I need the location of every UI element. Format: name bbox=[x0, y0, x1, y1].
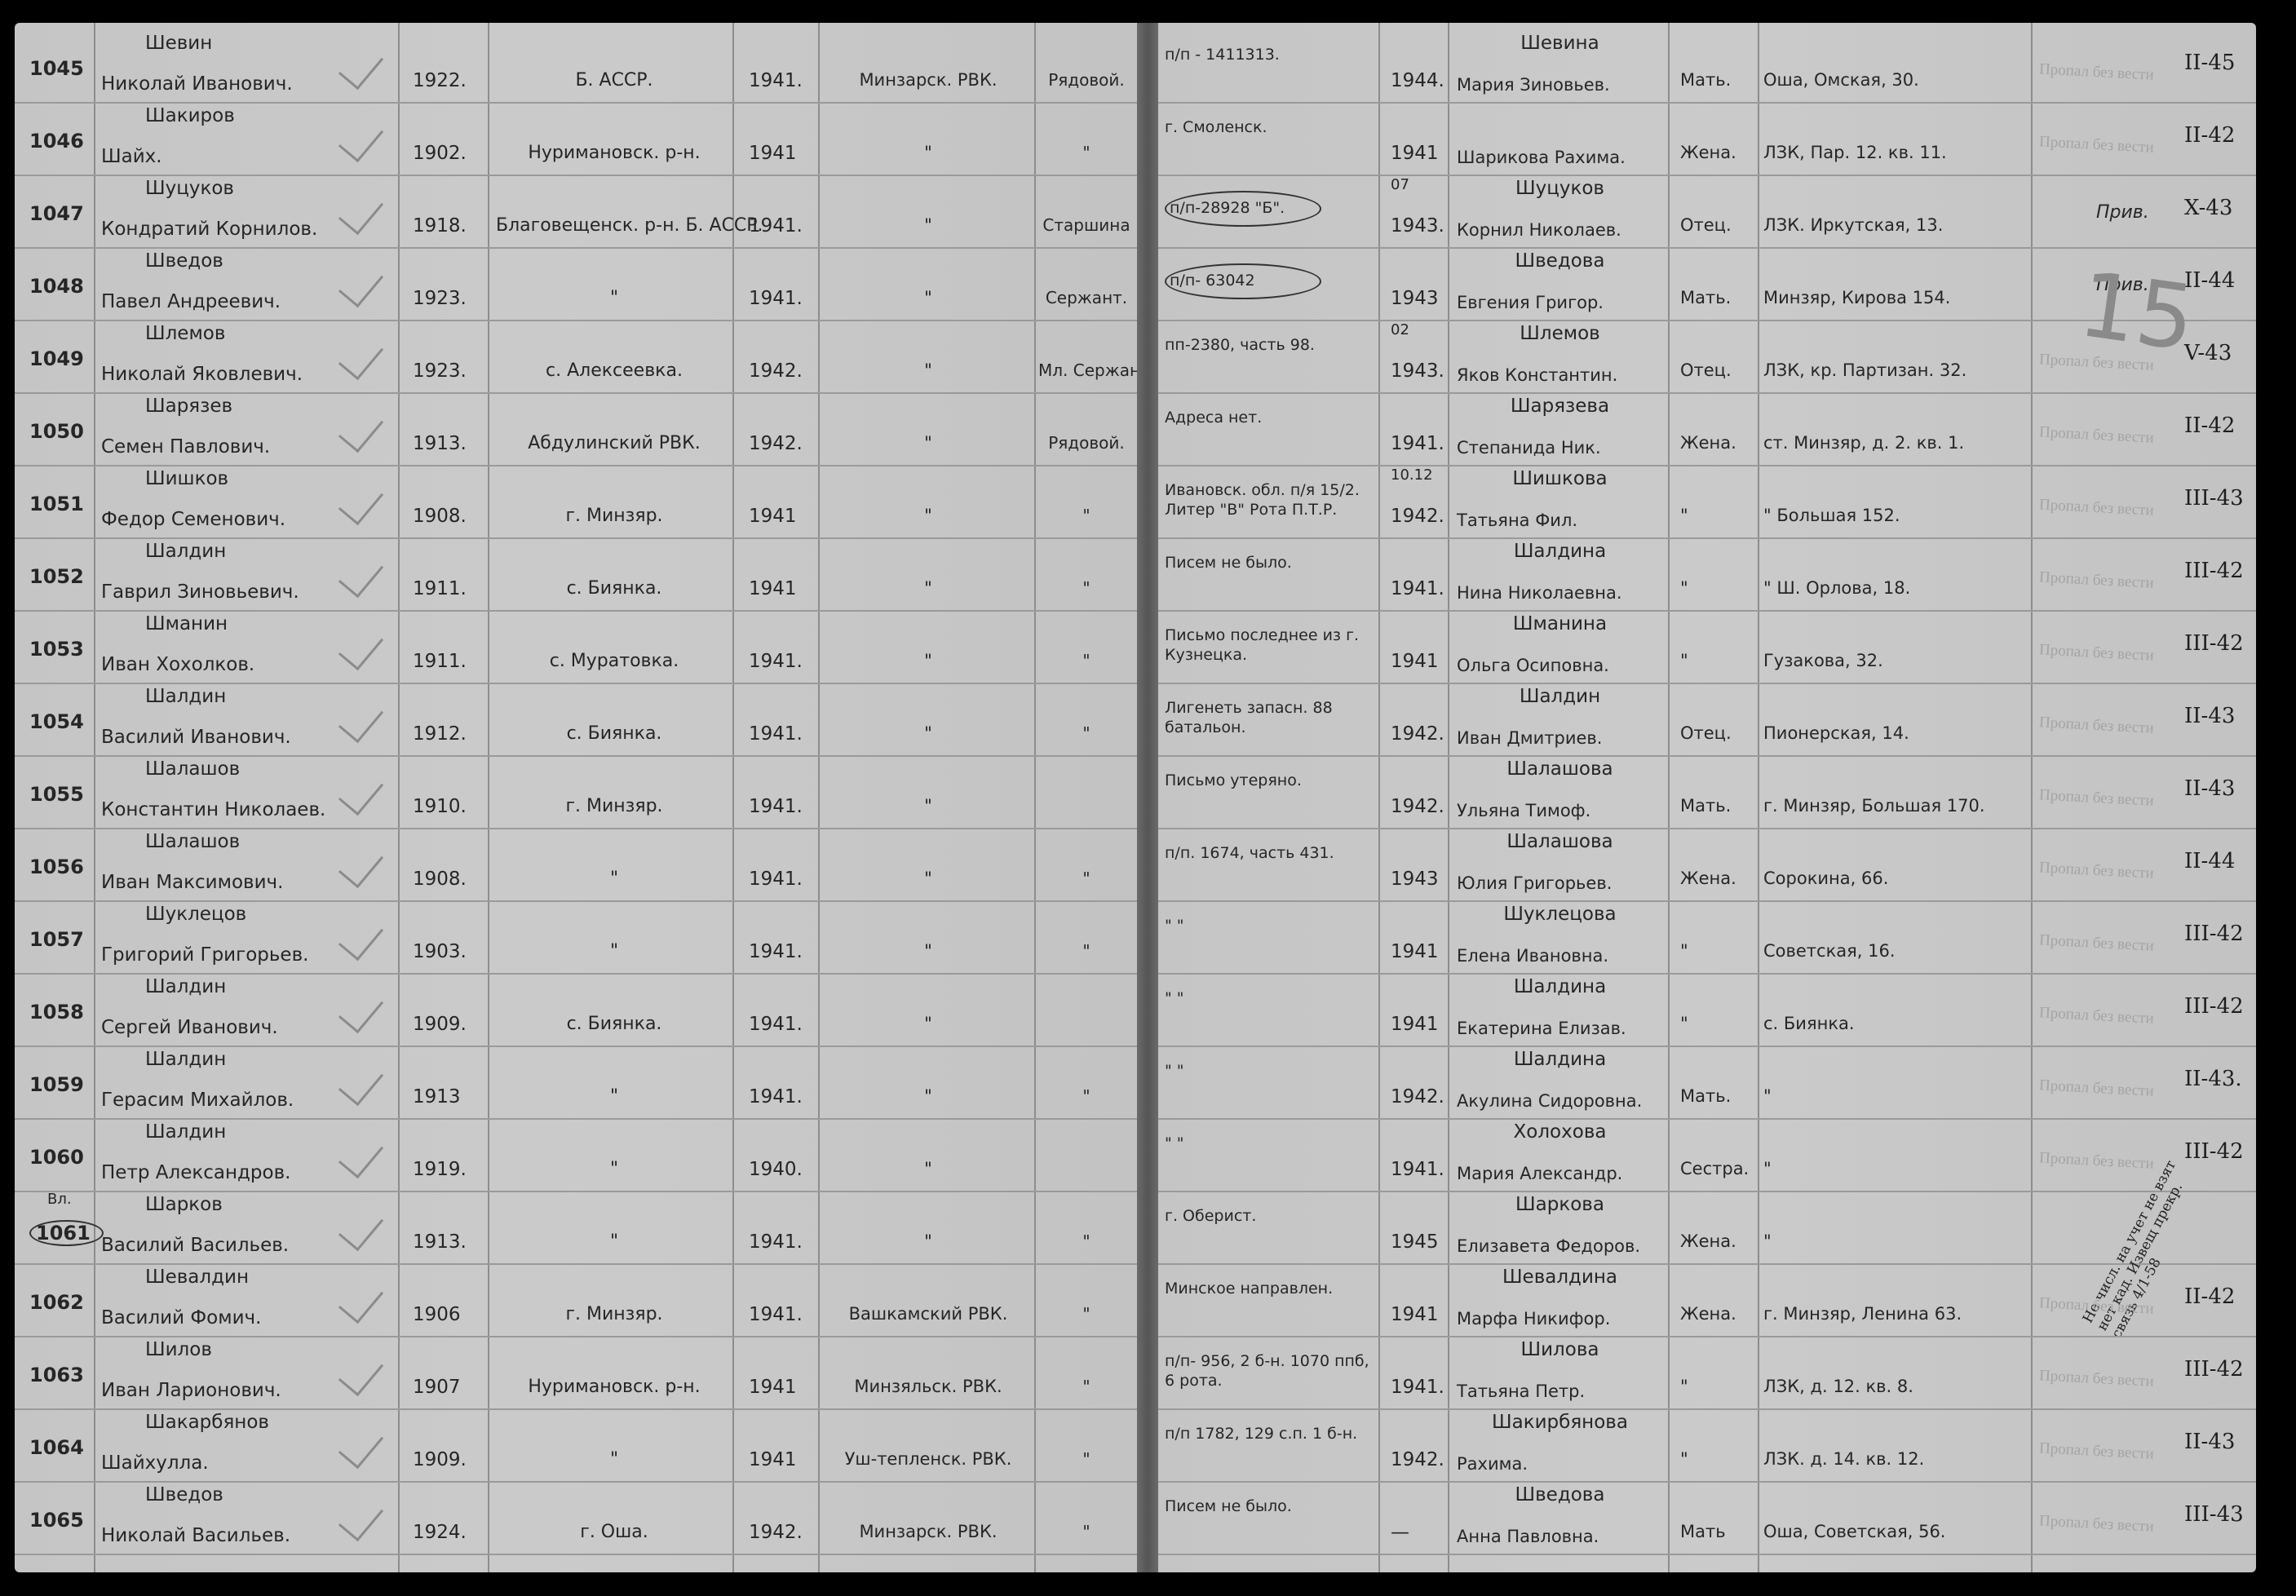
relative-given-names: Нина Николаевна. bbox=[1457, 585, 1668, 602]
table-row: Письмо утеряно.1942.ШалашоваУльяна Тимоф… bbox=[1158, 755, 2256, 829]
table-row: п/п 1782, 129 с.п. 1 б-н.1942.Шакирбянов… bbox=[1158, 1408, 2256, 1483]
last-letter-year: 1941. bbox=[1391, 435, 1448, 453]
relative-surname: Шалдина bbox=[1452, 542, 1668, 561]
birth-year: 1923. bbox=[413, 290, 486, 308]
family-address: ЛЗК. Иркутская, 13. bbox=[1763, 217, 2033, 234]
call-up-year: 1941. bbox=[749, 72, 814, 91]
relative-name: ШакирбяноваРахима. bbox=[1452, 1408, 1668, 1481]
call-up-year: 1941. bbox=[749, 943, 814, 962]
last-address: Писем не было. bbox=[1165, 1497, 1375, 1517]
birthplace: Благовещенск. р-н. Б. АССР. bbox=[496, 217, 732, 235]
last-letter-year: 1941 bbox=[1391, 943, 1448, 962]
missing-in-action-stamp: Пропал без вести bbox=[2039, 1004, 2155, 1028]
family-address: г. Минзяр, Ленина 63. bbox=[1763, 1306, 2033, 1323]
relation: Отец. bbox=[1680, 217, 1758, 234]
birthplace: Абдулинский РВК. bbox=[496, 435, 732, 453]
relative-surname: Шведова bbox=[1452, 252, 1668, 271]
relative-surname: Шалашова bbox=[1452, 833, 1668, 851]
family-address: Оша, Советская, 56. bbox=[1763, 1523, 2033, 1541]
table-row: Письмо последнее из г. Кузнецка.1941Шман… bbox=[1158, 610, 2256, 684]
missing-in-action-stamp: Пропал без вести bbox=[2039, 568, 2155, 592]
family-address: " Ш. Орлова, 18. bbox=[1763, 580, 2033, 597]
relative-given-names: Юлия Григорьев. bbox=[1457, 875, 1668, 892]
birth-year: 1902. bbox=[413, 144, 486, 163]
call-up-year: 1942. bbox=[749, 1523, 814, 1542]
book-spine bbox=[1137, 23, 1158, 1572]
entry-number: 1062 bbox=[29, 1293, 91, 1312]
rank: " bbox=[1038, 870, 1135, 886]
rvk: " bbox=[826, 144, 1030, 161]
relative-given-names: Иван Дмитриев. bbox=[1457, 730, 1668, 747]
relation: " bbox=[1680, 1451, 1758, 1468]
relative-name: ШишковаТатьяна Фил. bbox=[1452, 465, 1668, 537]
birthplace: " bbox=[496, 290, 732, 307]
birth-year: 1912. bbox=[413, 725, 486, 744]
entry-number: 1052 bbox=[29, 567, 91, 586]
birth-year: 1924. bbox=[413, 1523, 486, 1542]
relation: Мать. bbox=[1680, 798, 1758, 815]
family-address: " Большая 152. bbox=[1763, 507, 2033, 524]
missing-in-action-stamp: Пропал без вести bbox=[2039, 786, 2155, 810]
rvk: " bbox=[826, 1088, 1030, 1105]
entry-number: 1046 bbox=[29, 131, 91, 151]
last-address: п/п- 63042 bbox=[1165, 263, 1321, 299]
relative-name: ШевалдинаМарфа Никифор. bbox=[1452, 1263, 1668, 1336]
rvk: " bbox=[826, 1015, 1030, 1032]
relative-given-names: Анна Павловна. bbox=[1457, 1528, 1668, 1545]
last-address: г. Смоленск. bbox=[1165, 118, 1375, 138]
family-address: ЛЗК, д. 12. кв. 8. bbox=[1763, 1378, 2033, 1395]
table-row: 1059ШалдинГерасим Михайлов.1913"1941."" bbox=[15, 1046, 1137, 1120]
table-row: 1058ШалдинСергей Иванович.1909.с. Биянка… bbox=[15, 973, 1137, 1047]
family-address: " bbox=[1763, 1161, 2033, 1178]
table-row: 1062ШевалдинВасилий Фомич.1906г. Минзяр.… bbox=[15, 1263, 1137, 1337]
relation: Сестра. bbox=[1680, 1161, 1758, 1178]
relative-name: ШуклецоваЕлена Ивановна. bbox=[1452, 900, 1668, 973]
last-address: Письмо последнее из г. Кузнецка. bbox=[1165, 626, 1375, 665]
table-row: г. Оберист.1945ШарковаЕлизавета Федоров.… bbox=[1158, 1191, 2256, 1265]
birthplace: " bbox=[496, 1088, 732, 1106]
relative-name: ШлемовЯков Константин. bbox=[1452, 320, 1668, 392]
missing-in-action-stamp: Пропал без вести bbox=[2039, 859, 2155, 882]
birth-year: 1908. bbox=[413, 507, 486, 526]
entry-number: 1053 bbox=[29, 639, 91, 659]
last-letter-year: 1941. bbox=[1391, 580, 1448, 599]
rvk: " bbox=[826, 652, 1030, 670]
entry-number: 1065 bbox=[29, 1510, 91, 1530]
family-address: ЛЗК, кр. Партизан. 32. bbox=[1763, 362, 2033, 379]
date-mark: II-42 bbox=[2184, 413, 2235, 438]
call-up-year: 1941 bbox=[749, 1451, 814, 1470]
table-row: " "1941.ХолоховаМария Александр.Сестра."… bbox=[1158, 1118, 2256, 1192]
entry-number: 1049 bbox=[29, 349, 91, 369]
last-address: Лигенеть запасн. 88 батальон. bbox=[1165, 699, 1375, 738]
relative-surname: Шлемов bbox=[1452, 325, 1668, 343]
relation: " bbox=[1680, 1378, 1758, 1395]
table-row: 1045ШевинНиколай Иванович.1922.Б. АССР.1… bbox=[15, 29, 1137, 104]
entry-number: 1050 bbox=[29, 422, 91, 441]
call-up-year: 1941 bbox=[749, 1378, 814, 1397]
table-row: Минское направлен.1941ШевалдинаМарфа Ник… bbox=[1158, 1263, 2256, 1337]
family-address: ЛЗК. д. 14. кв. 12. bbox=[1763, 1451, 2033, 1468]
relative-given-names: Корнил Николаев. bbox=[1457, 222, 1668, 239]
birth-year: 1911. bbox=[413, 580, 486, 599]
relation: Жена. bbox=[1680, 1233, 1758, 1250]
rvk: Минзарск. РВК. bbox=[826, 72, 1030, 89]
birthplace: г. Минзяр. bbox=[496, 507, 732, 525]
last-letter-year: 1942. bbox=[1391, 1088, 1448, 1107]
table-row: Ивановск. обл. п/я 15/2. Литер "В" Рота … bbox=[1158, 465, 2256, 539]
entry-number: 1059 bbox=[29, 1075, 91, 1094]
relative-name: Шарикова Рахима. bbox=[1452, 102, 1668, 175]
pencil-mark-15: 15 bbox=[2073, 252, 2201, 371]
margin-annotation: Вл. bbox=[47, 1192, 72, 1207]
rank: " bbox=[1038, 725, 1135, 741]
table-row: Писем не было.1941.ШалдинаНина Николаевн… bbox=[1158, 537, 2256, 612]
relative-surname: Шалдин bbox=[1452, 687, 1668, 706]
call-up-year: 1941. bbox=[749, 725, 814, 744]
rvk: " bbox=[826, 943, 1030, 960]
family-address: Пионерская, 14. bbox=[1763, 725, 2033, 742]
last-letter-year: 1943. bbox=[1391, 362, 1448, 381]
relative-given-names: Ольга Осиповна. bbox=[1457, 657, 1668, 674]
rvk: " bbox=[826, 798, 1030, 815]
relation: Мать. bbox=[1680, 290, 1758, 307]
relative-given-names: Рахима. bbox=[1457, 1456, 1668, 1473]
relative-given-names: Елена Ивановна. bbox=[1457, 948, 1668, 965]
birthplace: с. Алексеевка. bbox=[496, 362, 732, 380]
missing-in-action-stamp: Пропал без вести bbox=[2039, 423, 2155, 447]
birthplace: " bbox=[496, 1233, 732, 1251]
missing-in-action-stamp: Пропал без вести bbox=[2039, 1077, 2155, 1100]
relative-surname: Шарязева bbox=[1452, 397, 1668, 416]
relation: " bbox=[1680, 580, 1758, 597]
family-address: г. Минзяр, Большая 170. bbox=[1763, 798, 2033, 815]
last-letter-year: 1941 bbox=[1391, 1306, 1448, 1324]
last-letter-year: 1943. bbox=[1391, 217, 1448, 236]
relation: Жена. bbox=[1680, 435, 1758, 452]
relative-name: ШевинаМария Зиновьев. bbox=[1452, 29, 1668, 102]
relative-surname: Шалдина bbox=[1452, 978, 1668, 997]
right-page: п/п - 1411313.1944.ШевинаМария Зиновьев.… bbox=[1158, 23, 2256, 1572]
relation: Мать bbox=[1680, 1523, 1758, 1541]
missing-in-action-stamp: Пропал без вести bbox=[2039, 931, 2155, 955]
relative-surname: Шманина bbox=[1452, 615, 1668, 634]
relative-given-names: Мария Александр. bbox=[1457, 1165, 1668, 1183]
birth-year: 1909. bbox=[413, 1015, 486, 1034]
note: Прив. bbox=[2096, 204, 2149, 222]
last-address: " " bbox=[1165, 1062, 1375, 1081]
relative-name: ШарковаЕлизавета Федоров. bbox=[1452, 1191, 1668, 1263]
table-row: п/п-28928 "Б".071943.ШуцуковКорнил Никол… bbox=[1158, 175, 2256, 249]
family-address: " bbox=[1763, 1088, 2033, 1105]
relative-given-names: Татьяна Петр. bbox=[1457, 1383, 1668, 1400]
rank: " bbox=[1038, 1523, 1135, 1540]
entry-number: 1060 bbox=[29, 1147, 91, 1167]
table-row: 1061ШарковВасилий Васильев.1913."1941.""… bbox=[15, 1191, 1137, 1265]
date-mark: X-43 bbox=[2184, 196, 2232, 220]
rvk: " bbox=[826, 507, 1030, 524]
rank: " bbox=[1038, 144, 1135, 161]
table-row: п/п. 1674, часть 431.1943ШалашоваЮлия Гр… bbox=[1158, 828, 2256, 902]
rank: Рядовой. bbox=[1038, 72, 1135, 88]
relative-surname: Шевина bbox=[1452, 34, 1668, 53]
rank: " bbox=[1038, 580, 1135, 596]
birthplace: г. Минзяр. bbox=[496, 798, 732, 816]
rvk: Уш-тепленск. РВК. bbox=[826, 1451, 1030, 1468]
relative-name: ШалашоваЮлия Григорьев. bbox=[1452, 828, 1668, 900]
relative-name: ШалдинаНина Николаевна. bbox=[1452, 537, 1668, 610]
call-up-year: 1940. bbox=[749, 1161, 814, 1179]
rank: Мл. Сержант. bbox=[1038, 362, 1135, 378]
table-row: Лигенеть запасн. 88 батальон.1942.Шалдин… bbox=[1158, 683, 2256, 757]
table-row: 1055ШалашовКонстантин Николаев.1910.г. М… bbox=[15, 755, 1137, 829]
relative-surname: Шилова bbox=[1452, 1341, 1668, 1359]
family-address: ст. Минзяр, д. 2. кв. 1. bbox=[1763, 435, 2033, 452]
relation: Отец. bbox=[1680, 362, 1758, 379]
date-mark: V-43 bbox=[2184, 341, 2232, 365]
table-row: 1050ШарязевСемен Павлович.1913.Абдулинск… bbox=[15, 392, 1137, 466]
rvk: Минзяльск. РВК. bbox=[826, 1378, 1030, 1395]
last-address: Адреса нет. bbox=[1165, 409, 1375, 428]
relative-given-names: Степанида Ник. bbox=[1457, 440, 1668, 457]
entry-number: 1054 bbox=[29, 712, 91, 732]
table-row: " "1942.ШалдинаАкулина Сидоровна.Мать."П… bbox=[1158, 1046, 2256, 1120]
call-up-year: 1942. bbox=[749, 362, 814, 381]
last-address: п/п. 1674, часть 431. bbox=[1165, 844, 1375, 864]
relative-surname: Шаркова bbox=[1452, 1196, 1668, 1214]
missing-in-action-stamp: Пропал без вести bbox=[2039, 1367, 2155, 1390]
relative-given-names: Екатерина Елизав. bbox=[1457, 1020, 1668, 1037]
relation: " bbox=[1680, 943, 1758, 960]
relation: Жена. bbox=[1680, 144, 1758, 161]
relation: Мать. bbox=[1680, 72, 1758, 89]
missing-in-action-stamp: Пропал без вести bbox=[2039, 1294, 2155, 1318]
family-address: ЛЗК, Пар. 12. кв. 11. bbox=[1763, 144, 2033, 161]
last-address: п/п 1782, 129 с.п. 1 б-н. bbox=[1165, 1425, 1375, 1444]
entry-number: 1057 bbox=[29, 930, 91, 949]
birth-year: 1908. bbox=[413, 870, 486, 889]
relative-surname: Шуклецова bbox=[1452, 905, 1668, 924]
family-address: Оша, Омская, 30. bbox=[1763, 72, 2033, 89]
birth-year: 1923. bbox=[413, 362, 486, 381]
table-row: " "1941ШалдинаЕкатерина Елизав."с. Биянк… bbox=[1158, 973, 2256, 1047]
family-address: с. Биянка. bbox=[1763, 1015, 2033, 1032]
birth-year: 1906 bbox=[413, 1306, 486, 1324]
missing-in-action-stamp: Пропал без вести bbox=[2039, 60, 2155, 84]
birth-year: 1919. bbox=[413, 1161, 486, 1179]
relative-surname: Холохова bbox=[1452, 1123, 1668, 1142]
last-letter-year: 1943 bbox=[1391, 870, 1448, 889]
last-letter-year: 1943 bbox=[1391, 290, 1448, 308]
rvk: " bbox=[826, 870, 1030, 887]
birthplace: Б. АССР. bbox=[496, 72, 732, 90]
relative-name: ШалдинаАкулина Сидоровна. bbox=[1452, 1046, 1668, 1118]
left-page: 1045ШевинНиколай Иванович.1922.Б. АССР.1… bbox=[15, 23, 1137, 1572]
relative-name: ШиловаТатьяна Петр. bbox=[1452, 1336, 1668, 1408]
last-address: " " bbox=[1165, 989, 1375, 1009]
last-address: " " bbox=[1165, 917, 1375, 936]
date-mark: III-43 bbox=[2184, 486, 2244, 511]
table-row: 1065ШведовНиколай Васильев.1924.г. Оша.1… bbox=[15, 1481, 1137, 1555]
birth-year: 1918. bbox=[413, 217, 486, 236]
relative-surname: Шуцуков bbox=[1452, 179, 1668, 198]
relation: " bbox=[1680, 652, 1758, 670]
relation: Жена. bbox=[1680, 1306, 1758, 1323]
rank: Старшина bbox=[1038, 217, 1135, 233]
birth-year: 1907 bbox=[413, 1378, 486, 1397]
entry-number: 1063 bbox=[29, 1365, 91, 1385]
birthplace: с. Муратовка. bbox=[496, 652, 732, 670]
rvk: " bbox=[826, 435, 1030, 452]
relative-name: ШведоваАнна Павловна. bbox=[1452, 1481, 1668, 1554]
relative-name: ШалдинИван Дмитриев. bbox=[1452, 683, 1668, 755]
rvk: Вашкамский РВК. bbox=[826, 1306, 1030, 1323]
last-address: Писем не было. bbox=[1165, 554, 1375, 573]
table-row: 1060ШалдинПетр Александров.1919."1940." bbox=[15, 1118, 1137, 1192]
table-row: 1047ШуцуковКондратий Корнилов.1918.Благо… bbox=[15, 175, 1137, 249]
last-address: п/п- 956, 2 б-н. 1070 ппб, 6 рота. bbox=[1165, 1352, 1375, 1391]
relation: " bbox=[1680, 1015, 1758, 1032]
last-address: Минское направлен. bbox=[1165, 1280, 1375, 1299]
table-row: 1064ШакарбяновШайхулла.1909."1941Уш-тепл… bbox=[15, 1408, 1137, 1483]
family-address: Минзяр, Кирова 154. bbox=[1763, 290, 2033, 307]
rvk: " bbox=[826, 290, 1030, 307]
birth-year: 1910. bbox=[413, 798, 486, 816]
last-letter-year: — bbox=[1391, 1523, 1448, 1542]
rank: Рядовой. bbox=[1038, 435, 1135, 451]
table-row: 1049ШлемовНиколай Яковлевич.1923.с. Алек… bbox=[15, 320, 1137, 394]
birth-year: 1911. bbox=[413, 652, 486, 671]
last-letter-year: 1945 bbox=[1391, 1233, 1448, 1252]
table-row: 1063ШиловИван Ларионович.1907Нуримановск… bbox=[15, 1336, 1137, 1410]
last-address: пп-2380, часть 98. bbox=[1165, 336, 1375, 356]
rvk: " bbox=[826, 725, 1030, 742]
entry-number: 1056 bbox=[29, 857, 91, 877]
relative-name: ХолоховаМария Александр. bbox=[1452, 1118, 1668, 1191]
last-address: Ивановск. обл. п/я 15/2. Литер "В" Рота … bbox=[1165, 481, 1375, 520]
relation: " bbox=[1680, 507, 1758, 524]
birth-year: 1913. bbox=[413, 435, 486, 453]
rvk: " bbox=[826, 362, 1030, 379]
missing-in-action-stamp: Пропал без вести bbox=[2039, 133, 2155, 157]
family-address: Советская, 16. bbox=[1763, 943, 2033, 960]
relative-name: ШуцуковКорнил Николаев. bbox=[1452, 175, 1668, 247]
entry-number: 1055 bbox=[29, 785, 91, 804]
family-address: " bbox=[1763, 1233, 2033, 1250]
entry-number: 1058 bbox=[29, 1002, 91, 1022]
year-note: 02 bbox=[1391, 323, 1448, 338]
date-mark: II-45 bbox=[2184, 51, 2235, 75]
last-letter-year: 1942. bbox=[1391, 725, 1448, 744]
date-mark: II-43 bbox=[2184, 704, 2235, 728]
date-mark: II-43. bbox=[2184, 1067, 2242, 1091]
last-address: " " bbox=[1165, 1134, 1375, 1154]
date-mark: II-42 bbox=[2184, 123, 2235, 148]
table-row: 1048ШведовПавел Андреевич.1923."1941."Се… bbox=[15, 247, 1137, 321]
call-up-year: 1941. bbox=[749, 652, 814, 671]
call-up-year: 1941. bbox=[749, 290, 814, 308]
call-up-year: 1941. bbox=[749, 798, 814, 816]
relative-given-names: Ульяна Тимоф. bbox=[1457, 802, 1668, 820]
date-mark: II-43 bbox=[2184, 1430, 2235, 1454]
table-row: 1051ШишковФедор Семенович.1908.г. Минзяр… bbox=[15, 465, 1137, 539]
last-letter-year: 1941. bbox=[1391, 1378, 1448, 1397]
last-letter-year: 1941. bbox=[1391, 1161, 1448, 1179]
relative-given-names: Елизавета Федоров. bbox=[1457, 1238, 1668, 1255]
rank: " bbox=[1038, 1306, 1135, 1322]
birthplace: " bbox=[496, 870, 732, 888]
date-mark: III-42 bbox=[2184, 922, 2244, 946]
date-mark: III-42 bbox=[2184, 631, 2244, 656]
rank: " bbox=[1038, 1378, 1135, 1395]
rvk: Минзарск. РВК. bbox=[826, 1523, 1030, 1541]
last-letter-year: 1941 bbox=[1391, 144, 1448, 163]
relative-name: ШалашоваУльяна Тимоф. bbox=[1452, 755, 1668, 828]
last-address: п/п - 1411313. bbox=[1165, 46, 1375, 65]
date-mark: II-43 bbox=[2184, 776, 2235, 801]
relative-name: ШалдинаЕкатерина Елизав. bbox=[1452, 973, 1668, 1046]
birthplace: " bbox=[496, 1161, 732, 1178]
rvk: " bbox=[826, 217, 1030, 234]
rank: Сержант. bbox=[1038, 290, 1135, 306]
date-mark: III-43 bbox=[2184, 1502, 2244, 1527]
table-row: Адреса нет.1941.ШарязеваСтепанида Ник.Же… bbox=[1158, 392, 2256, 466]
date-mark: III-42 bbox=[2184, 1357, 2244, 1382]
birthplace: г. Минзяр. bbox=[496, 1306, 732, 1324]
last-letter-year: 1944. bbox=[1391, 72, 1448, 91]
call-up-year: 1941 bbox=[749, 507, 814, 526]
relative-name: ШарязеваСтепанида Ник. bbox=[1452, 392, 1668, 465]
entry-number: 1047 bbox=[29, 204, 91, 223]
call-up-year: 1941. bbox=[749, 1306, 814, 1324]
table-row: 1053ШманинИван Хохолков.1911.с. Муратовк… bbox=[15, 610, 1137, 684]
missing-in-action-stamp: Пропал без вести bbox=[2039, 714, 2155, 737]
relative-given-names: Евгения Григор. bbox=[1457, 294, 1668, 312]
date-mark: II-42 bbox=[2184, 1284, 2235, 1309]
relation: Отец. bbox=[1680, 725, 1758, 742]
birthplace: " bbox=[496, 943, 732, 961]
year-note: 10.12 bbox=[1391, 468, 1448, 483]
rank: " bbox=[1038, 1451, 1135, 1467]
relative-surname: Шакирбянова bbox=[1452, 1413, 1668, 1432]
table-row: Писем не было.—ШведоваАнна Павловна.Мать… bbox=[1158, 1481, 2256, 1555]
rvk: " bbox=[826, 1161, 1030, 1178]
birthplace: с. Биянка. bbox=[496, 1015, 732, 1033]
relation: Мать. bbox=[1680, 1088, 1758, 1105]
family-address: Сорокина, 66. bbox=[1763, 870, 2033, 887]
call-up-year: 1941. bbox=[749, 1088, 814, 1107]
rvk: " bbox=[826, 1233, 1030, 1250]
table-row: 1046ШакировШайх.1902.Нуримановск. р-н.19… bbox=[15, 102, 1137, 176]
date-mark: II-44 bbox=[2184, 849, 2235, 873]
table-row: 1054ШалдинВасилий Иванович.1912.с. Биянк… bbox=[15, 683, 1137, 757]
table-row: п/п - 1411313.1944.ШевинаМария Зиновьев.… bbox=[1158, 29, 2256, 104]
birthplace: " bbox=[496, 1451, 732, 1469]
birthplace: Нуримановск. р-н. bbox=[496, 144, 732, 162]
call-up-year: 1941. bbox=[749, 217, 814, 236]
relative-surname: Шевалдина bbox=[1452, 1268, 1668, 1287]
missing-in-action-stamp: Пропал без вести bbox=[2039, 1439, 2155, 1463]
birth-year: 1922. bbox=[413, 72, 486, 91]
last-letter-year: 1942. bbox=[1391, 798, 1448, 816]
relative-surname: Шалашова bbox=[1452, 760, 1668, 779]
last-letter-year: 1942. bbox=[1391, 507, 1448, 526]
entry-number: 1045 bbox=[29, 59, 91, 78]
missing-in-action-stamp: Пропал без вести bbox=[2039, 1512, 2155, 1536]
relation: Жена. bbox=[1680, 870, 1758, 887]
date-mark: III-42 bbox=[2184, 994, 2244, 1019]
